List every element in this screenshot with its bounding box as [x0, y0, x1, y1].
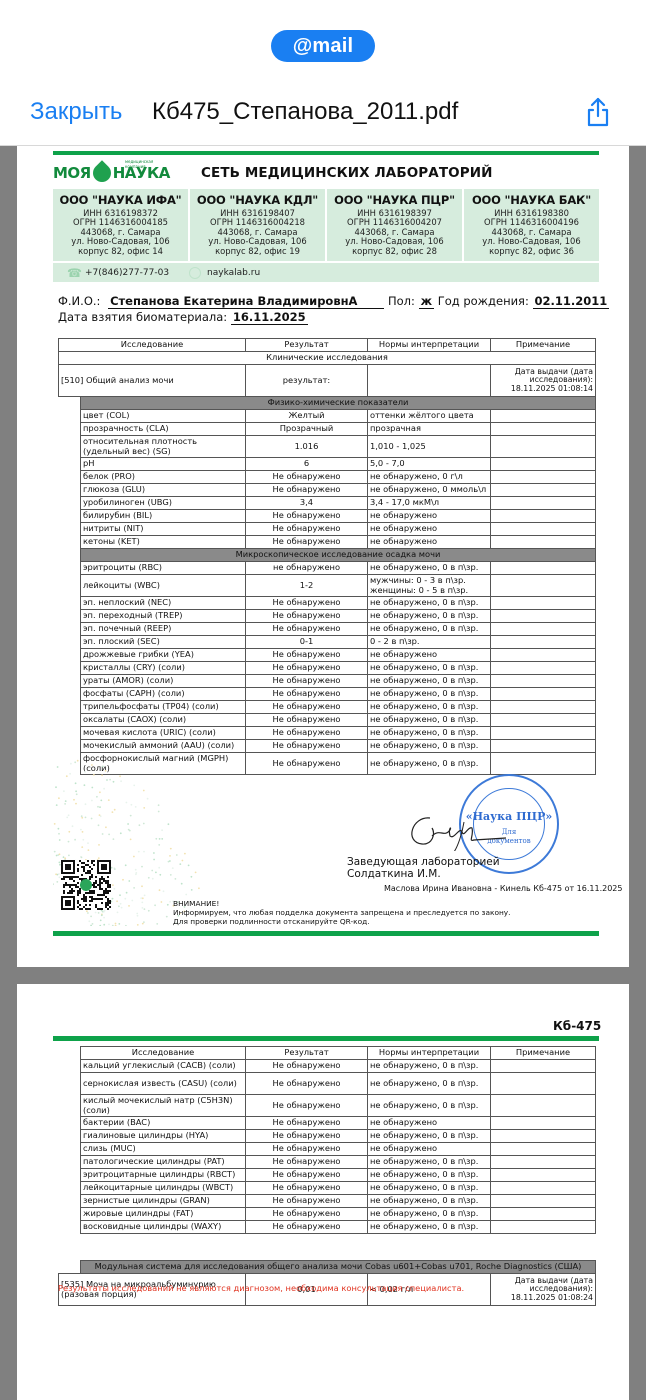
- cell-result: 1.016: [246, 436, 368, 458]
- org-office: корпус 82, офис 14: [53, 247, 188, 256]
- cell-norm: не обнаружено: [368, 649, 491, 662]
- cell-test: эритроциты (RBC): [81, 562, 246, 575]
- table-row: лейкоцитарные цилиндры (WBCT)Не обнаруже…: [81, 1182, 596, 1195]
- org-office: корпус 82, офис 19: [190, 247, 325, 256]
- sample-date-label: Дата взятия биоматериала:: [58, 310, 227, 324]
- cell-test: лейкоциты (WBC): [81, 575, 246, 597]
- cell-note: [491, 1060, 596, 1073]
- cell-result: Не обнаружено: [246, 649, 368, 662]
- patient-sex: ж: [419, 294, 434, 309]
- table-row: pH65,0 - 7,0: [81, 458, 596, 471]
- cell-result: Не обнаружено: [246, 610, 368, 623]
- cell-result: Не обнаружено: [246, 1095, 368, 1117]
- cell-test: эп. переходный (TREP): [81, 610, 246, 623]
- cell-result: 6: [246, 458, 368, 471]
- cell-norm: мужчины: 0 - 3 в п\зр. женщины: 0 - 5 в …: [368, 575, 491, 597]
- cell-test: сернокислая известь (CASU) (соли): [81, 1073, 246, 1095]
- patient-birth: 02.11.2011: [533, 294, 610, 309]
- table-row: эп. почечный (REEP)Не обнаруженоне обнар…: [81, 623, 596, 636]
- cell-note: [491, 510, 596, 523]
- cell-norm: не обнаружено: [368, 1117, 491, 1130]
- cell-norm: не обнаружено, 0 в п\зр.: [368, 1130, 491, 1143]
- table-row: оксалаты (CAOX) (соли)Не обнаруженоне об…: [81, 714, 596, 727]
- cell-test: бактерии (BAC): [81, 1117, 246, 1130]
- table-row: эп. плоский (SEC)0-10 - 2 в п\зр.: [81, 636, 596, 649]
- cell-note: [491, 623, 596, 636]
- org-name: ООО "НАУКА ИФА": [53, 193, 188, 207]
- cell-result: Не обнаружено: [246, 753, 368, 775]
- close-button[interactable]: Закрыть: [30, 98, 122, 126]
- cell-note: [491, 688, 596, 701]
- qr-code[interactable]: [61, 860, 111, 910]
- micro-section-title: Микроскопическое исследование осадка моч…: [81, 549, 596, 562]
- physchem-section: Физико-химические показатели: [81, 397, 596, 410]
- col-header-note: Примечание: [491, 1047, 596, 1060]
- cell-test: ураты (AMOR) (соли): [81, 675, 246, 688]
- cell-result: Не обнаружено: [246, 714, 368, 727]
- table-row: кислый мочекислый натр (C5H3N) (соли)Не …: [81, 1095, 596, 1117]
- cell-norm: не обнаружено, 0 в п\зр.: [368, 1060, 491, 1073]
- cell-norm: не обнаружено, 0 в п\зр.: [368, 675, 491, 688]
- patient-sex-value: ж: [421, 294, 432, 308]
- patient-birth-value: 02.11.2011: [535, 294, 608, 308]
- cell-test: цвет (COL): [81, 410, 246, 423]
- col-header-result: Результат: [246, 1047, 368, 1060]
- cell-test: кислый мочекислый натр (C5H3N) (соли): [81, 1095, 246, 1117]
- cell-note: [491, 471, 596, 484]
- table-row: лейкоциты (WBC)1-2мужчины: 0 - 3 в п\зр.…: [81, 575, 596, 597]
- birth-label: Год рождения:: [438, 294, 529, 308]
- cell-note: [491, 1143, 596, 1156]
- cell-result: Не обнаружено: [246, 1156, 368, 1169]
- cell-norm: не обнаружено, 0 в п\зр.: [368, 1221, 491, 1234]
- col-header-norms: Нормы интерпретации: [368, 339, 491, 352]
- contact-band: ☎ +7(846)277-77-03 naykalab.ru: [53, 263, 599, 282]
- cell-result: Не обнаружено: [246, 523, 368, 536]
- logo-tagline: медицинская компания: [125, 159, 170, 169]
- cell-result: Не обнаружено: [246, 1117, 368, 1130]
- cell-note: [491, 714, 596, 727]
- cell-result: Не обнаружено: [246, 688, 368, 701]
- col-header-note: Примечание: [491, 339, 596, 352]
- cell-norm: не обнаружено, 0 в п\зр.: [368, 1169, 491, 1182]
- cell-test: восковидные цилиндры (WAXY): [81, 1221, 246, 1234]
- cell-norm: не обнаружено, 0 в п\зр.: [368, 1073, 491, 1095]
- cell-norm: не обнаружено, 0 в п\зр.: [368, 740, 491, 753]
- cell-note: [491, 1130, 596, 1143]
- cell-note: [491, 1117, 596, 1130]
- cell-result: Не обнаружено: [246, 727, 368, 740]
- main-test-result: результат:: [246, 365, 368, 397]
- org-name: ООО "НАУКА БАК": [464, 193, 599, 207]
- cell-note: [491, 597, 596, 610]
- page2-green-rule: [53, 1036, 599, 1041]
- cell-note: [491, 753, 596, 775]
- cell-note: [491, 410, 596, 423]
- top-green-rule: [53, 151, 599, 155]
- cell-result: Не обнаружено: [246, 1221, 368, 1234]
- col-header-test: Исследование: [59, 339, 246, 352]
- cell-norm: оттенки жёлтого цвета: [368, 410, 491, 423]
- cell-test: мочевая кислота (URIC) (соли): [81, 727, 246, 740]
- cell-test: эп. плоский (SEC): [81, 636, 246, 649]
- table-row: зернистые цилиндры (GRAN)Не обнаруженоне…: [81, 1195, 596, 1208]
- org-name: ООО "НАУКА ПЦР": [327, 193, 462, 207]
- table-row: нитриты (NIT)Не обнаруженоне обнаружено: [81, 523, 596, 536]
- cell-norm: не обнаружено, 0 в п\зр.: [368, 1095, 491, 1117]
- cell-note: [491, 575, 596, 597]
- website-link[interactable]: naykalab.ru: [207, 268, 260, 278]
- modular-section-row: Модульная система для исследования общег…: [59, 1261, 596, 1274]
- cell-result: не обнаружено: [246, 562, 368, 575]
- cell-note: [491, 649, 596, 662]
- cell-test: уробилиноген (UBG): [81, 497, 246, 510]
- pdf-page-1: МОЯ НАУКА медицинская компания СЕТЬ МЕДИ…: [17, 146, 629, 967]
- share-icon[interactable]: [584, 96, 612, 128]
- globe-icon: [189, 267, 201, 279]
- cell-note: [491, 1182, 596, 1195]
- pdf-page-2: Кб-475 Исследование Результат Нормы инте…: [17, 984, 629, 1400]
- cell-test: жировые цилиндры (FAT): [81, 1208, 246, 1221]
- cell-norm: не обнаружено, 0 ммоль\л: [368, 484, 491, 497]
- cell-result: Не обнаружено: [246, 1073, 368, 1095]
- cell-norm: не обнаружено, 0 в п\зр.: [368, 562, 491, 575]
- table-row: бактерии (BAC)Не обнаруженоне обнаружено: [81, 1117, 596, 1130]
- referral-line: Маслова Ирина Ивановна - Кинель Кб-475 о…: [384, 884, 622, 893]
- table-row: кетоны (KET)Не обнаруженоне обнаружено: [81, 536, 596, 549]
- table-row: прозрачность (CLA)Прозрачныйпрозрачная: [81, 423, 596, 436]
- cell-norm: не обнаружено: [368, 1143, 491, 1156]
- warning-block: ВНИМАНИЕ! Информируем, что любая подделк…: [173, 900, 511, 926]
- cell-result: Не обнаружено: [246, 597, 368, 610]
- cell-norm: не обнаружено, 0 в п\зр.: [368, 688, 491, 701]
- cell-result: Не обнаружено: [246, 1169, 368, 1182]
- cell-norm: не обнаружено: [368, 536, 491, 549]
- clinical-section-row: Клинические исследования: [59, 352, 596, 365]
- cell-norm: не обнаружено, 0 г\л: [368, 471, 491, 484]
- col-header-test: Исследование: [81, 1047, 246, 1060]
- sample-date: 16.11.2025: [231, 310, 308, 325]
- fio-label: Ф.И.О.:: [58, 294, 100, 308]
- cell-test: зернистые цилиндры (GRAN): [81, 1195, 246, 1208]
- table-row: мочевая кислота (URIC) (соли)Не обнаруже…: [81, 727, 596, 740]
- cell-note: [491, 636, 596, 649]
- clinical-section-title: Клинические исследования: [59, 352, 596, 365]
- micro-section: Микроскопическое исследование осадка моч…: [81, 549, 596, 562]
- cell-result: Не обнаружено: [246, 1060, 368, 1073]
- cell-result: Не обнаружено: [246, 701, 368, 714]
- cell-norm: не обнаружено, 0 в п\зр.: [368, 1182, 491, 1195]
- cell-result: Не обнаружено: [246, 510, 368, 523]
- cell-result: Не обнаружено: [246, 1143, 368, 1156]
- org-column: ООО "НАУКА БАК"ИНН 6316198380ОГРН 114631…: [464, 189, 599, 261]
- phone-icon: ☎: [67, 267, 79, 279]
- cell-test: оксалаты (CAOX) (соли): [81, 714, 246, 727]
- cell-note: [491, 1156, 596, 1169]
- cell-test: кальций углекислый (CACB) (соли): [81, 1060, 246, 1073]
- table-row: кристаллы (CRY) (соли)Не обнаруженоне об…: [81, 662, 596, 675]
- viewer-toolbar: @mail Закрыть Кб475_Степанова_2011.pdf: [0, 0, 646, 146]
- cell-result: Не обнаружено: [246, 662, 368, 675]
- disclaimer-text: Результаты исследований не являются диаг…: [58, 1283, 464, 1293]
- cell-norm: не обнаружено: [368, 510, 491, 523]
- table-row: эритроцитарные цилиндры (RBCT)Не обнаруж…: [81, 1169, 596, 1182]
- cell-test: белок (PRO): [81, 471, 246, 484]
- cell-norm: не обнаружено, 0 в п\зр.: [368, 714, 491, 727]
- cell-norm: не обнаружено, 0 в п\зр.: [368, 701, 491, 714]
- modular-section-title: Модульная система для исследования общег…: [81, 1261, 596, 1274]
- document-title: Кб475_Степанова_2011.pdf: [152, 98, 458, 126]
- cell-note: [491, 1195, 596, 1208]
- cell-test: гиалиновые цилиндры (HYA): [81, 1130, 246, 1143]
- col-header-norms: Нормы интерпретации: [368, 1047, 491, 1060]
- org-column: ООО "НАУКА КДЛ"ИНН 6316198407ОГРН 114631…: [190, 189, 327, 261]
- table-row: кальций углекислый (CACB) (соли)Не обнар…: [81, 1060, 596, 1073]
- cell-norm: не обнаружено, 0 в п\зр.: [368, 1195, 491, 1208]
- table-row: ураты (AMOR) (соли)Не обнаруженоне обнар…: [81, 675, 596, 688]
- cell-result: Прозрачный: [246, 423, 368, 436]
- cell-result: Не обнаружено: [246, 623, 368, 636]
- leaf-icon: [89, 160, 114, 185]
- cell-test: трипельфосфаты (TP04) (соли): [81, 701, 246, 714]
- cell-note: [491, 458, 596, 471]
- cell-result: Не обнаружено: [246, 484, 368, 497]
- cell-test: эп. неплоский (NEC): [81, 597, 246, 610]
- patient-sex-line: Пол: ж Год рождения: 02.11.2011: [388, 294, 609, 309]
- results-table-continued: Исследование Результат Нормы интерпретац…: [80, 1046, 596, 1234]
- table-row: билирубин (BIL)Не обнаруженоне обнаружен…: [81, 510, 596, 523]
- brand-logo: МОЯ НАУКА медицинская компания: [53, 161, 170, 185]
- patient-name-value: Степанова Екатерина ВладимировнА: [110, 294, 357, 308]
- table-row: трипельфосфаты (TP04) (соли)Не обнаружен…: [81, 701, 596, 714]
- bottom-green-rule: [53, 931, 599, 936]
- cell-test: глюкоза (GLU): [81, 484, 246, 497]
- table-row: гиалиновые цилиндры (HYA)Не обнаруженоне…: [81, 1130, 596, 1143]
- table-row: слизь (MUC)Не обнаруженоне обнаружено: [81, 1143, 596, 1156]
- cell-test: кетоны (KET): [81, 536, 246, 549]
- cell-norm: не обнаружено: [368, 523, 491, 536]
- cell-note: [491, 1095, 596, 1117]
- cell-result: Не обнаружено: [246, 1195, 368, 1208]
- cell-note: [491, 1169, 596, 1182]
- cell-norm: не обнаружено, 0 в п\зр.: [368, 727, 491, 740]
- cell-note: [491, 662, 596, 675]
- cell-test: слизь (MUC): [81, 1143, 246, 1156]
- cell-test: эп. почечный (REEP): [81, 623, 246, 636]
- patient-name: Степанова Екатерина ВладимировнА: [108, 294, 384, 309]
- table-row: глюкоза (GLU)Не обнаруженоне обнаружено,…: [81, 484, 596, 497]
- cell-result: 3,4: [246, 497, 368, 510]
- cell-note: [491, 740, 596, 753]
- cell-result: Желтый: [246, 410, 368, 423]
- cell-test: нитриты (NIT): [81, 523, 246, 536]
- cell-norm: не обнаружено, 0 в п\зр.: [368, 610, 491, 623]
- cell-note: [491, 1073, 596, 1095]
- cell-test: прозрачность (CLA): [81, 423, 246, 436]
- cell-result: Не обнаружено: [246, 1130, 368, 1143]
- sample-date-line: Дата взятия биоматериала: 16.11.2025: [58, 310, 308, 325]
- org-office: корпус 82, офис 36: [464, 247, 599, 256]
- table-header-row: Исследование Результат Нормы интерпретац…: [59, 339, 596, 352]
- cell-result: 0-1: [246, 636, 368, 649]
- cell-norm: 3,4 - 17,0 мкМ\л: [368, 497, 491, 510]
- org-name: ООО "НАУКА КДЛ": [190, 193, 325, 207]
- cell-norm: не обнаружено, 0 в п\зр.: [368, 662, 491, 675]
- table-row: эп. переходный (TREP)Не обнаруженоне обн…: [81, 610, 596, 623]
- patient-name-line: Ф.И.О.: Степанова Екатерина ВладимировнА: [58, 294, 384, 309]
- cell-note: [491, 1208, 596, 1221]
- cell-note: [491, 484, 596, 497]
- cell-test: относительная плотность (удельный вес) (…: [81, 436, 246, 458]
- cell-norm: не обнаружено, 0 в п\зр.: [368, 623, 491, 636]
- table-row: патологические цилиндры (PAT)Не обнаруже…: [81, 1156, 596, 1169]
- mail-badge[interactable]: @mail: [271, 30, 375, 62]
- cell-test: pH: [81, 458, 246, 471]
- microalbumin-note: Дата выдачи (дата исследования): 18.11.2…: [491, 1274, 596, 1306]
- org-column: ООО "НАУКА ИФА"ИНН 6316198372ОГРН 114631…: [53, 189, 190, 261]
- cell-result: Не обнаружено: [246, 1208, 368, 1221]
- cell-test: кристаллы (CRY) (соли): [81, 662, 246, 675]
- cell-norm: не обнаружено, 0 в п\зр.: [368, 1208, 491, 1221]
- main-test-norm: [368, 365, 491, 397]
- cell-norm: не обнаружено, 0 в п\зр.: [368, 1156, 491, 1169]
- cell-result: Не обнаружено: [246, 471, 368, 484]
- table-row: восковидные цилиндры (WAXY)Не обнаружено…: [81, 1221, 596, 1234]
- cell-note: [491, 675, 596, 688]
- cell-norm: прозрачная: [368, 423, 491, 436]
- cell-note: [491, 562, 596, 575]
- table-row: дрожжевые грибки (YEA)Не обнаруженоне об…: [81, 649, 596, 662]
- main-test-name: [510] Общий анализ мочи: [59, 365, 246, 397]
- cell-norm: 5,0 - 7,0: [368, 458, 491, 471]
- table-row: фосфаты (CAPH) (соли)Не обнаруженоне обн…: [81, 688, 596, 701]
- main-test-note: Дата выдачи (дата исследования): 18.11.2…: [491, 365, 596, 397]
- table-row: жировые цилиндры (FAT)Не обнаруженоне об…: [81, 1208, 596, 1221]
- cell-note: [491, 523, 596, 536]
- table-row: эритроциты (RBC)не обнаруженоне обнаруже…: [81, 562, 596, 575]
- cell-test: дрожжевые грибки (YEA): [81, 649, 246, 662]
- cell-norm: не обнаружено, 0 в п\зр.: [368, 753, 491, 775]
- col-header-result: Результат: [246, 339, 368, 352]
- table-row: цвет (COL)Желтыйоттенки жёлтого цвета: [81, 410, 596, 423]
- cell-test: лейкоцитарные цилиндры (WBCT): [81, 1182, 246, 1195]
- cell-test: фосфаты (CAPH) (соли): [81, 688, 246, 701]
- head-title: Заведующая лабораторией: [347, 856, 500, 868]
- sample-date-value: 16.11.2025: [233, 310, 306, 324]
- physchem-section-title: Физико-химические показатели: [81, 397, 596, 410]
- cell-note: [491, 727, 596, 740]
- cell-result: Не обнаружено: [246, 536, 368, 549]
- cell-result: Не обнаружено: [246, 740, 368, 753]
- cell-note: [491, 1221, 596, 1234]
- cell-note: [491, 536, 596, 549]
- results-table: Физико-химические показателицвет (COL)Же…: [80, 396, 596, 775]
- cell-norm: не обнаружено, 0 в п\зр.: [368, 597, 491, 610]
- table-row: относительная плотность (удельный вес) (…: [81, 436, 596, 458]
- cell-result: Не обнаружено: [246, 1182, 368, 1195]
- referral-code: Кб-475: [553, 1019, 601, 1033]
- warning-line-2: Для проверки подлинности отсканируйте QR…: [173, 918, 511, 927]
- org-band: ООО "НАУКА ИФА"ИНН 6316198372ОГРН 114631…: [53, 189, 599, 261]
- cell-norm: 1,010 - 1,025: [368, 436, 491, 458]
- table-row: уробилиноген (UBG)3,43,4 - 17,0 мкМ\л: [81, 497, 596, 510]
- table-row: белок (PRO)Не обнаруженоне обнаружено, 0…: [81, 471, 596, 484]
- cell-note: [491, 497, 596, 510]
- cell-note: [491, 701, 596, 714]
- table-row: эп. неплоский (NEC)Не обнаруженоне обнар…: [81, 597, 596, 610]
- sex-label: Пол:: [388, 294, 415, 308]
- results-header-table: Исследование Результат Нормы интерпретац…: [58, 338, 596, 397]
- signature-mark: [402, 806, 512, 851]
- head-name: Солдаткина И.М.: [347, 868, 441, 880]
- logo-left-text: МОЯ: [53, 164, 91, 182]
- cell-norm: 0 - 2 в п\зр.: [368, 636, 491, 649]
- cell-test: патологические цилиндры (PAT): [81, 1156, 246, 1169]
- table-header-row: Исследование Результат Нормы интерпретац…: [81, 1047, 596, 1060]
- cell-test: эритроцитарные цилиндры (RBCT): [81, 1169, 246, 1182]
- cell-note: [491, 610, 596, 623]
- phone-number: +7(846)277-77-03: [85, 268, 169, 278]
- table-row: сернокислая известь (CASU) (соли)Не обна…: [81, 1073, 596, 1095]
- org-column: ООО "НАУКА ПЦР"ИНН 6316198397ОГРН 114631…: [327, 189, 464, 261]
- cell-test: билирубин (BIL): [81, 510, 246, 523]
- main-test-row: [510] Общий анализ мочи результат: Дата …: [59, 365, 596, 397]
- network-title: СЕТЬ МЕДИЦИНСКИХ ЛАБОРАТОРИЙ: [201, 165, 493, 181]
- cell-result: Не обнаружено: [246, 675, 368, 688]
- cell-result: 1-2: [246, 575, 368, 597]
- cell-note: [491, 436, 596, 458]
- cell-note: [491, 423, 596, 436]
- pdf-viewer[interactable]: МОЯ НАУКА медицинская компания СЕТЬ МЕДИ…: [0, 146, 646, 1400]
- org-office: корпус 82, офис 28: [327, 247, 462, 256]
